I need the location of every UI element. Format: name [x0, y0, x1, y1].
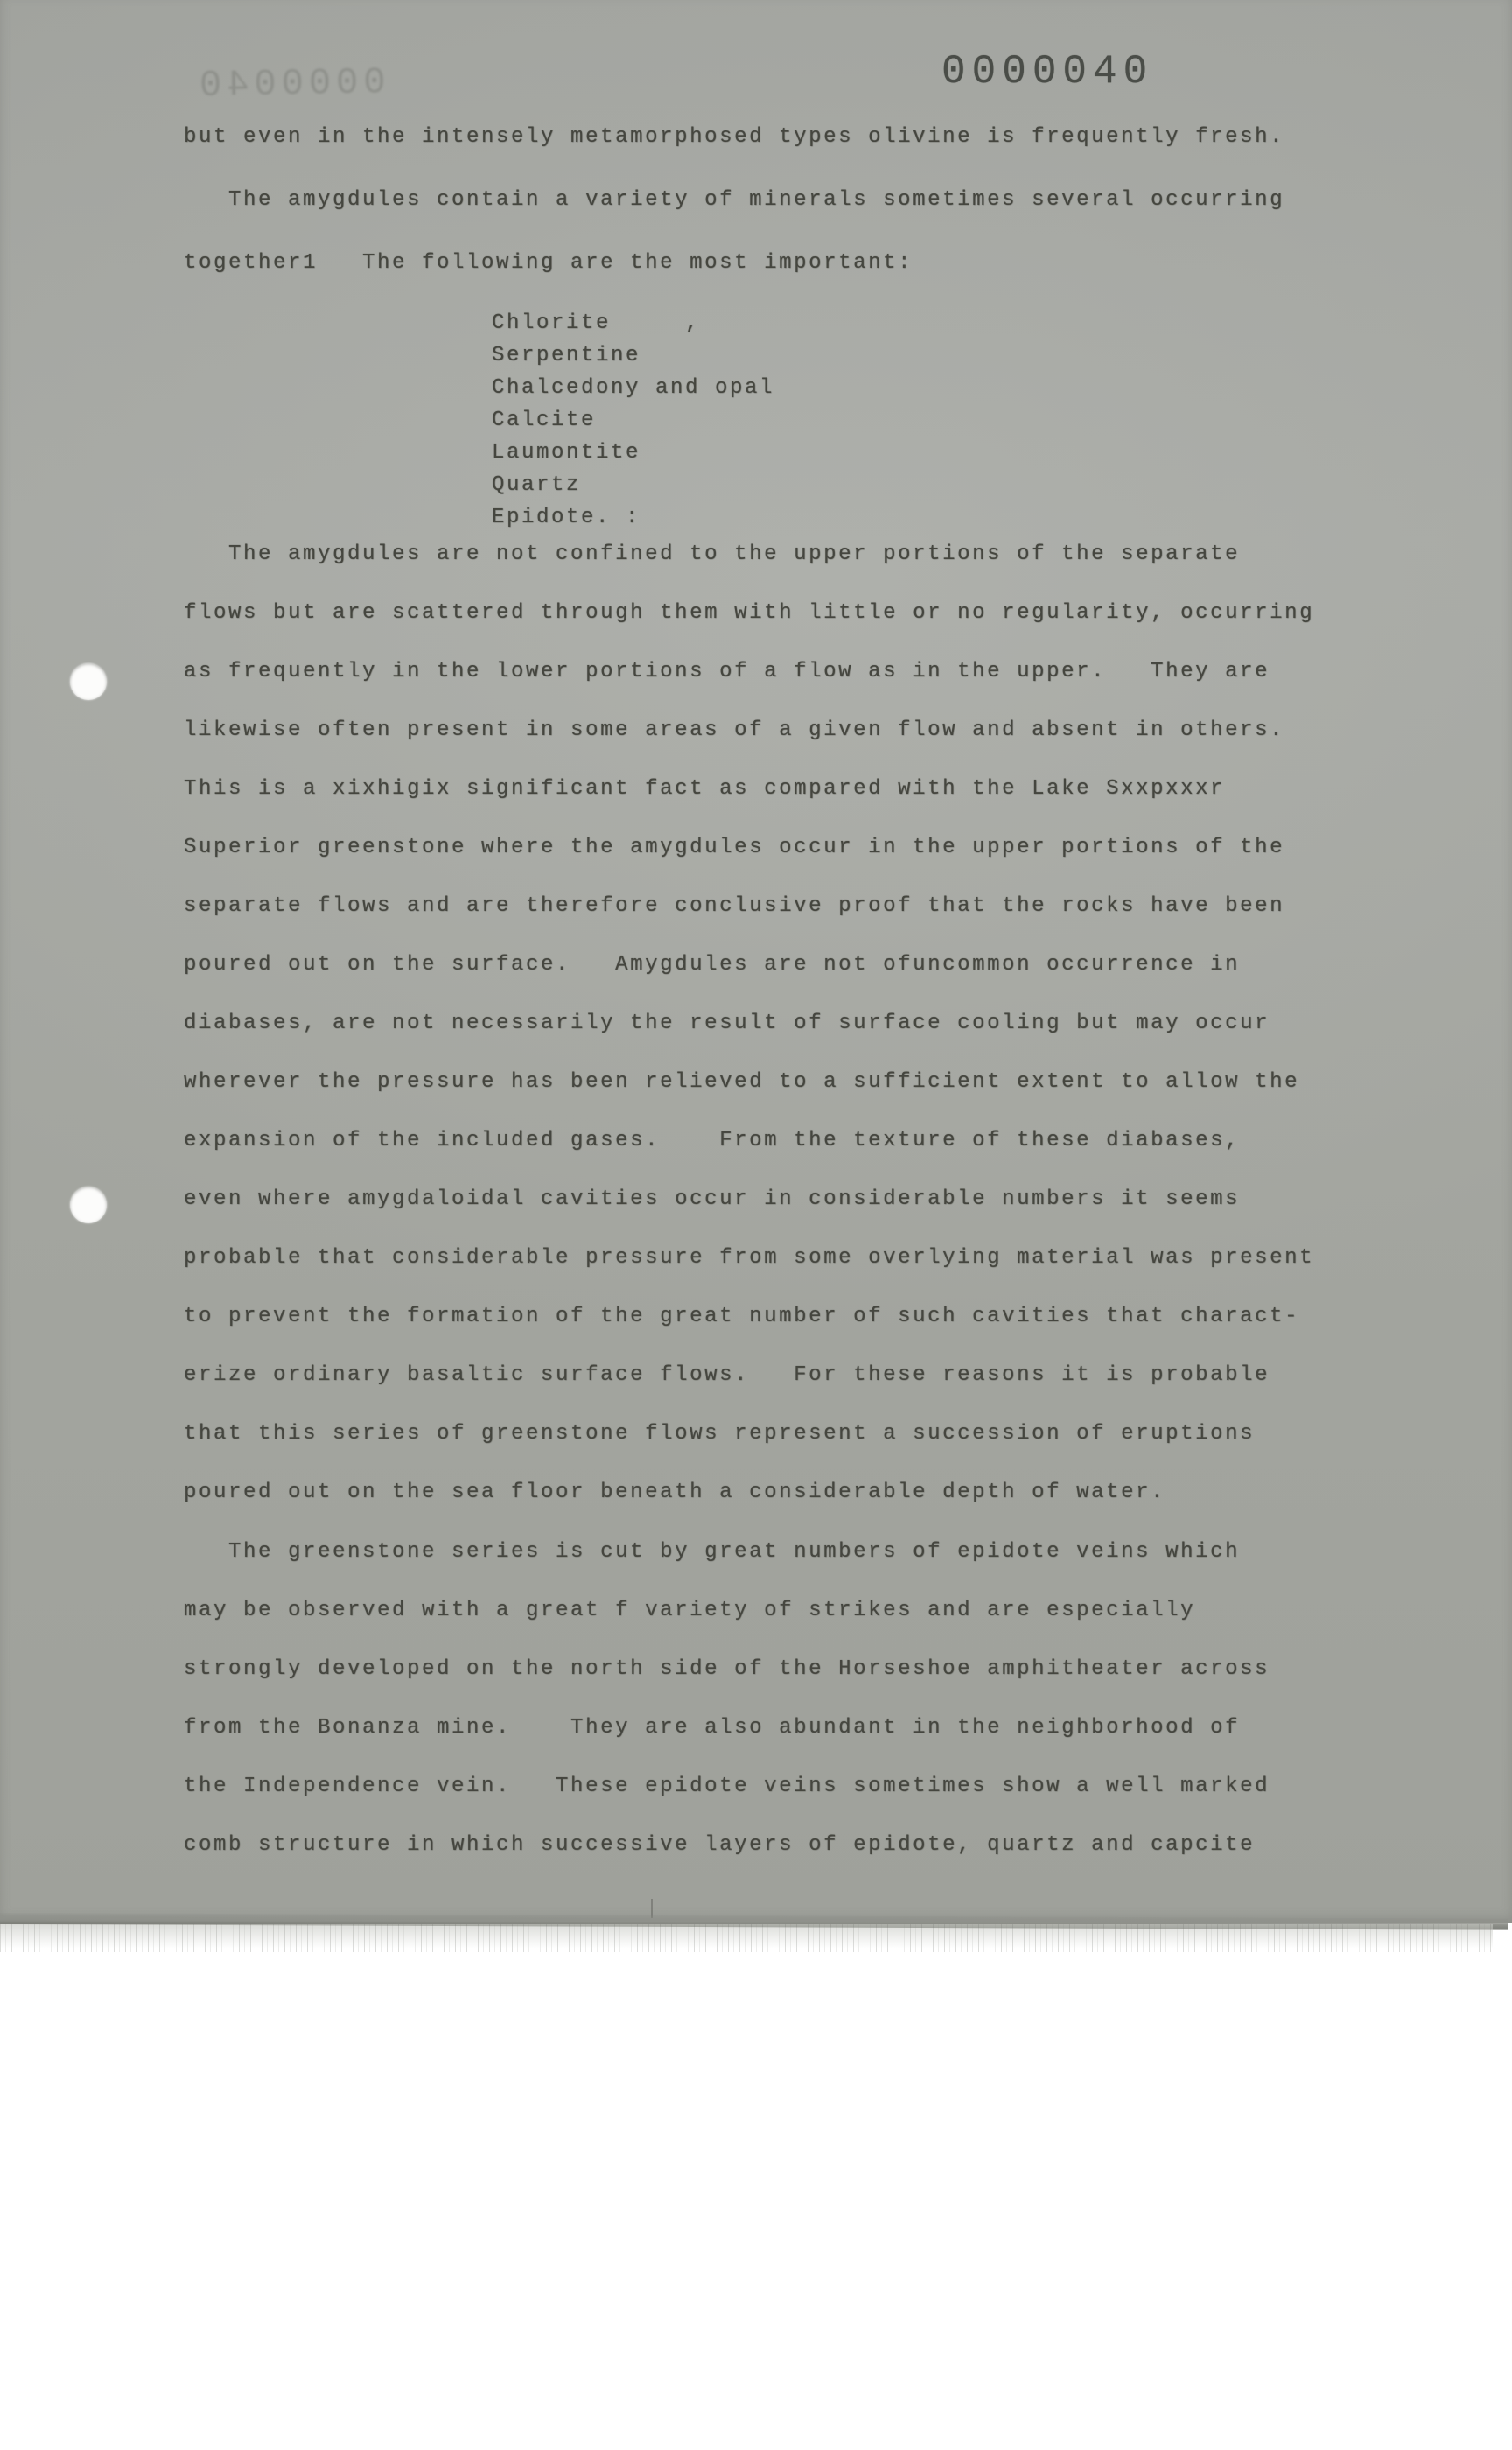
- punch-hole-bottom: [70, 1186, 107, 1223]
- paper-sheet: 0000040 0000040 but even in the intensel…: [0, 0, 1512, 1923]
- page-number-stamp: 0000040: [941, 49, 1153, 94]
- ghost-page-number-stamp: 0000040: [194, 61, 386, 107]
- mineral-list: Chlorite , Serpentine Chalcedony and opa…: [492, 307, 774, 534]
- paragraph-olivine-intro: but even in the intensely metamorphosed …: [184, 106, 1284, 295]
- scanned-document-page: 0000040 0000040 but even in the intensel…: [0, 0, 1512, 2450]
- paragraph-epidote-veins: The greenstone series is cut by great nu…: [184, 1522, 1270, 1874]
- scan-streak-artifacts: [0, 1924, 1493, 1952]
- punch-hole-top: [70, 663, 107, 700]
- paragraph-amygdules: The amygdules are not confined to the up…: [184, 525, 1314, 1522]
